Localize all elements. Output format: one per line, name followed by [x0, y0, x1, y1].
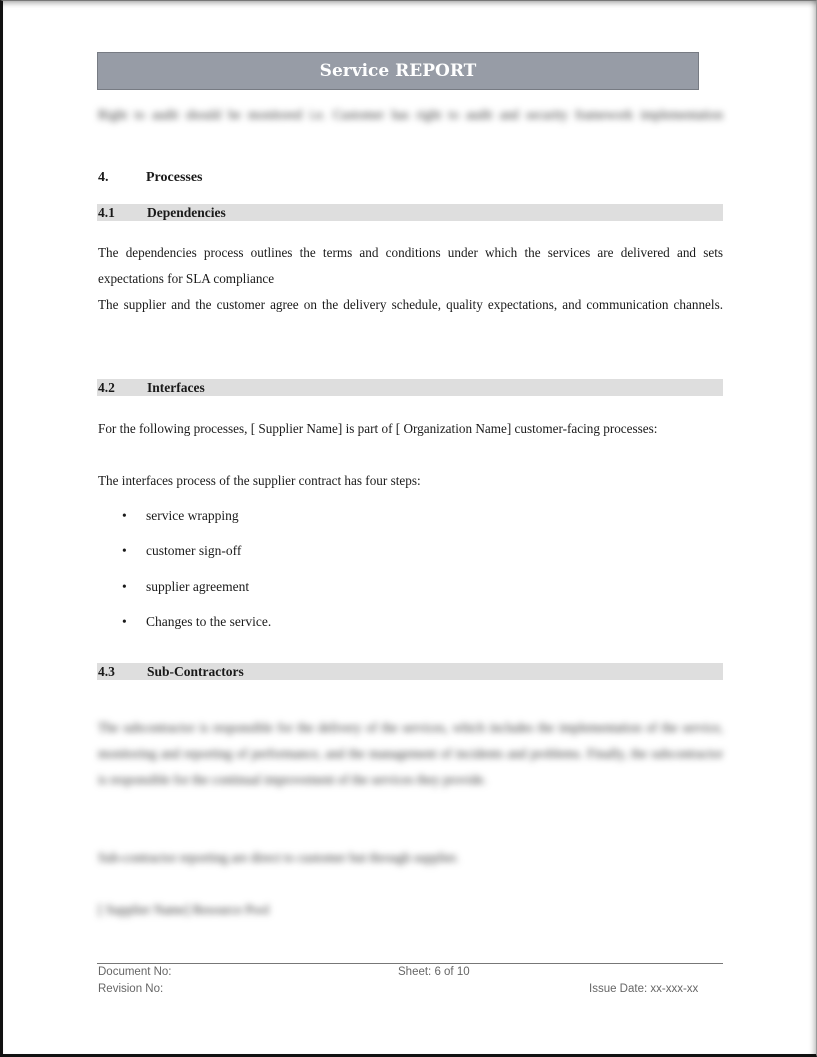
list-item-text: service wrapping: [146, 508, 239, 523]
dependencies-paragraph-2: The supplier and the customer agree on t…: [98, 292, 723, 318]
list-item-text: supplier agreement: [146, 579, 249, 594]
footer-sheet: Sheet: 6 of 10: [398, 966, 470, 978]
interfaces-steps-list: •service wrapping •customer sign-off •su…: [98, 505, 271, 646]
subsection-title: Dependencies: [147, 205, 226, 220]
sub-contractors-paragraph-2-blurred: Sub-contractor reporting are direct to c…: [98, 845, 723, 871]
list-item: •supplier agreement: [98, 576, 271, 611]
subsection-heading-sub-contractors: 4.3Sub-Contractors: [97, 663, 723, 680]
list-item: •customer sign-off: [98, 540, 271, 575]
footer-divider: [97, 963, 723, 964]
document-title: Service REPORT: [320, 61, 477, 81]
interfaces-paragraph-1: For the following processes, [ Supplier …: [98, 421, 698, 437]
section-title: Processes: [146, 170, 203, 185]
section-number: 4.: [98, 170, 146, 186]
list-item: •service wrapping: [98, 505, 271, 540]
footer-issue-date: Issue Date: xx-xxx-xx: [589, 983, 698, 995]
dependencies-paragraph-1: The dependencies process outlines the te…: [98, 240, 723, 292]
subsection-number: 4.1: [97, 204, 147, 221]
footer-document-no: Document No:: [98, 966, 172, 978]
subsection-heading-interfaces: 4.2Interfaces: [97, 379, 723, 396]
sub-contractors-paragraph-3-blurred: [ Supplier Name] Resource Pool: [98, 897, 723, 923]
document-title-bar: Service REPORT: [97, 52, 699, 90]
subsection-title: Interfaces: [147, 380, 205, 395]
list-item-text: customer sign-off: [146, 543, 241, 558]
bullet-icon: •: [122, 611, 127, 633]
section-heading: 4.Processes: [98, 170, 203, 186]
bullet-icon: •: [122, 505, 127, 527]
footer-revision-no: Revision No:: [98, 983, 163, 995]
bullet-icon: •: [122, 540, 127, 562]
subsection-number: 4.3: [97, 663, 147, 680]
subsection-number: 4.2: [97, 379, 147, 396]
list-item: •Changes to the service.: [98, 611, 271, 646]
sub-contractors-paragraph-1-blurred: The subcontractor is responsible for the…: [98, 715, 723, 793]
subsection-heading-dependencies: 4.1Dependencies: [97, 204, 723, 221]
list-item-text: Changes to the service.: [146, 614, 271, 629]
intro-paragraph-blurred: Right to audit should be monitored i.e. …: [98, 102, 723, 128]
subsection-title: Sub-Contractors: [147, 664, 244, 679]
bullet-icon: •: [122, 576, 127, 598]
interfaces-paragraph-2: The interfaces process of the supplier c…: [98, 471, 723, 491]
